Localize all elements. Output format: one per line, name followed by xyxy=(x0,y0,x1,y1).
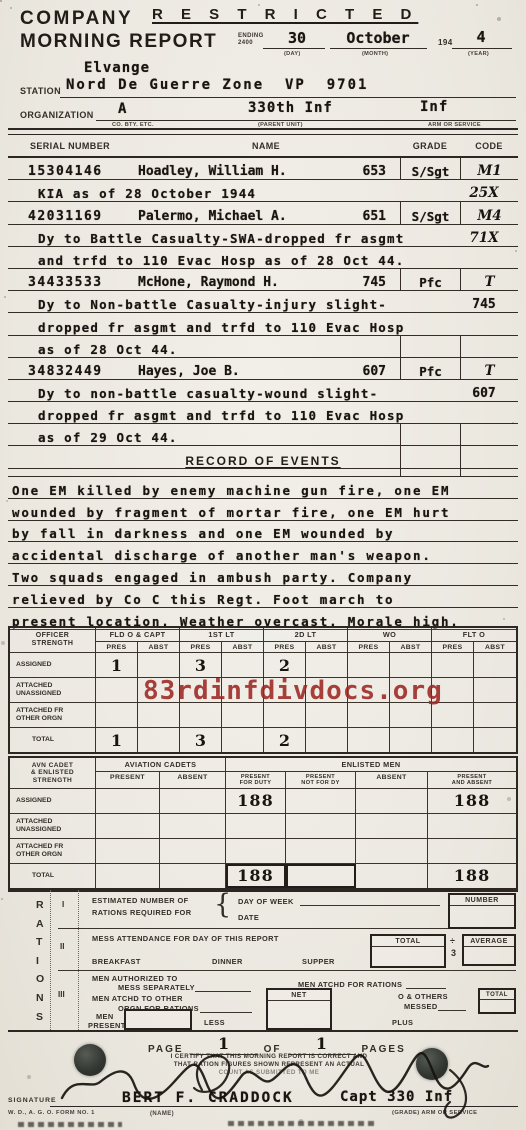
rations-rule xyxy=(58,970,516,971)
strength-value-cell xyxy=(474,678,516,702)
divisor-three: 3 xyxy=(451,948,456,958)
strength-row-label: ASSIGNED xyxy=(10,653,96,677)
strength-value-cell xyxy=(428,839,516,863)
roster-row: Dy to Battle Casualty-SWA-dropped fr asg… xyxy=(8,225,518,247)
header-divider xyxy=(8,128,518,135)
event-text: One EM killed by enemy machine gun fire,… xyxy=(8,483,450,498)
strength-value-cell xyxy=(96,814,160,838)
roster-row: and trfd to 110 Evac Hosp as of 28 Oct 4… xyxy=(8,247,518,269)
serial-number: 34433533 xyxy=(8,275,132,290)
men-authorized-label: MEN AUTHORIZED TO xyxy=(92,974,178,983)
roster-row: 42031169 Palermo, Michael A.651 S/Sgt M4 xyxy=(8,202,518,224)
strength-row-label: ATTACHED FR OTHER ORGN xyxy=(10,703,96,727)
plus-label: PLUS xyxy=(392,1018,413,1027)
soldier-name: Hoadley, William H. xyxy=(138,164,287,179)
strength-value-cell xyxy=(306,653,348,677)
strength-row-label: ASSIGNED xyxy=(10,789,96,813)
strength-value: 2 xyxy=(279,656,290,675)
strength-value-cell xyxy=(306,728,348,752)
strength-row-label: ATTACHED FR OTHER ORGN xyxy=(10,839,96,863)
strength-value-cell xyxy=(138,703,180,727)
year-underline xyxy=(452,48,512,49)
officer-strength-title: OFFICER STRENGTH xyxy=(10,628,96,652)
group-fldo-capt: FLD O & CAPT xyxy=(96,628,180,641)
station-underline xyxy=(60,97,516,98)
brace-glyph: { xyxy=(214,889,231,920)
group-1st-lt: 1ST LT xyxy=(180,628,264,641)
strength-value-cell xyxy=(356,839,428,863)
remark-text: as of 29 Oct 44. xyxy=(8,430,450,445)
total-box-label: TOTAL xyxy=(372,936,444,947)
strength-value-cell xyxy=(356,814,428,838)
strength-value-cell: 1 xyxy=(96,728,138,752)
strength-value-cell xyxy=(390,703,432,727)
form-title-company: COMPANY xyxy=(20,8,133,30)
code-value: 607 xyxy=(450,386,518,401)
code-value: T xyxy=(460,358,518,379)
strength-value-cell xyxy=(226,814,286,838)
strength-value-cell xyxy=(390,728,432,752)
strength-value-cell xyxy=(180,703,222,727)
event-text: wounded by fragment of mortar fire, one … xyxy=(8,505,450,520)
report-year: 4 xyxy=(455,28,507,46)
roster-row: dropped fr asgmt and trfd to 110 Evac Ho… xyxy=(8,402,518,424)
serial-number: 15304146 xyxy=(8,164,132,179)
group-aviation-cadets: AVIATION CADETS xyxy=(96,758,226,771)
remark-text: KIA as of 28 October 1944 xyxy=(8,186,450,201)
roster-row: as of 29 Oct 44. xyxy=(8,424,518,446)
roster-row: as of 28 Oct 44. xyxy=(8,336,518,358)
strength-value-cell: 188 xyxy=(428,864,516,888)
event-text: relieved by Co C this Regt. Foot march t… xyxy=(8,592,394,607)
roster-row: Dy to Non-battle Casualty-injury slight-… xyxy=(8,291,518,313)
enlisted-strength-table: AVN CADET & ENLISTED STRENGTH AVIATION C… xyxy=(8,756,518,890)
roster-header-row: SERIAL NUMBER NAME GRADE CODE xyxy=(8,135,518,158)
strength-value-cell xyxy=(474,653,516,677)
day-underline xyxy=(263,48,325,49)
strength-value-cell xyxy=(474,703,516,727)
enlisted-strength-title: AVN CADET & ENLISTED STRENGTH xyxy=(10,758,96,788)
roster-row: 34433533 McHone, Raymond H.745 Pfc T xyxy=(8,269,518,291)
strength-value-cell xyxy=(348,653,390,677)
messed-label: MESSED xyxy=(404,1002,438,1011)
serial-number: 42031169 xyxy=(8,209,132,224)
organization-arm: Inf xyxy=(420,99,448,115)
remark-text: dropped fr asgmt and trfd to 110 Evac Ho… xyxy=(8,320,450,335)
event-line: One EM killed by enemy machine gun fire,… xyxy=(8,477,518,499)
strength-value-cell xyxy=(432,653,474,677)
strength-value-cell: 1 xyxy=(96,653,138,677)
event-line: by fall in darkness and one EM wounded b… xyxy=(8,521,518,543)
roster-row: dropped fr asgmt and trfd to 110 Evac Ho… xyxy=(8,313,518,335)
dinner-label: DINNER xyxy=(212,957,243,966)
event-line: accidental discharge of another man's we… xyxy=(8,542,518,564)
pres-label: PRES xyxy=(96,642,138,652)
strength-value-cell xyxy=(356,789,428,813)
roster-row: Dy to non-battle casualty-wound slight- … xyxy=(8,380,518,402)
year-sublabel: (YEAR) xyxy=(468,51,489,57)
number-box-label: NUMBER xyxy=(450,895,514,906)
mos-number: 651 xyxy=(363,209,386,224)
serial-number: 34832449 xyxy=(8,364,132,379)
strength-value-cell xyxy=(138,653,180,677)
roster-row: KIA as of 28 October 1944 25X xyxy=(8,180,518,202)
present-and-absent-label: PRESENT AND ABSENT xyxy=(428,772,516,788)
group-enlisted-men: ENLISTED MEN xyxy=(226,758,516,771)
mess-total-box: TOTAL xyxy=(370,934,446,968)
remark-text: and trfd to 110 Evac Hosp as of 28 Oct 4… xyxy=(8,253,450,268)
cadets-absent-label: ABSENT xyxy=(160,772,226,788)
strength-value-cell xyxy=(286,839,356,863)
abst-label: ABST xyxy=(474,642,516,652)
code-value: M4 xyxy=(460,202,518,223)
divide-sign: ÷ xyxy=(450,936,455,946)
strength-value-cell: 3 xyxy=(180,653,222,677)
average-box: AVERAGE xyxy=(462,934,516,966)
record-of-events-section: RECORD OF EVENTS One EM killed by enemy … xyxy=(8,452,518,630)
men-atchd-blank xyxy=(406,980,446,989)
present-for-duty-label: PRESENT FOR DUTY xyxy=(226,772,286,788)
code-value: M1 xyxy=(460,158,518,179)
report-day: 30 xyxy=(268,29,326,47)
pres-label: PRES xyxy=(348,642,390,652)
roster-row: 34832449 Hayes, Joe B.607 Pfc T xyxy=(8,358,518,380)
organization-underline xyxy=(96,120,516,121)
strength-row-label: TOTAL xyxy=(10,864,96,888)
code-value: 745 xyxy=(450,297,518,312)
group-wo: WO xyxy=(348,628,432,641)
pres-label: PRES xyxy=(264,642,306,652)
event-text: accidental discharge of another man's we… xyxy=(8,548,432,563)
signature-label: SIGNATURE xyxy=(8,1097,57,1104)
men-present-box xyxy=(124,1009,192,1030)
organization-parent-unit: 330th Inf xyxy=(248,100,333,116)
strength-row: ATTACHED FR OTHER ORGN xyxy=(10,703,516,728)
section-iii-numeral: III xyxy=(58,990,65,999)
strength-value-cell xyxy=(432,703,474,727)
estimated-rations-line2: RATIONS REQUIRED FOR xyxy=(92,908,191,917)
strength-value-cell xyxy=(432,728,474,752)
remark-text: as of 28 Oct 44. xyxy=(8,342,450,357)
section-ii-numeral: II xyxy=(60,942,64,951)
strength-value-cell xyxy=(390,653,432,677)
present-not-for-duty-label: PRESENT NOT FOR DY xyxy=(286,772,356,788)
strength-value-cell xyxy=(348,703,390,727)
strength-value-cell xyxy=(96,839,160,863)
net-box: NET xyxy=(266,988,332,1030)
group-flt-o: FLT O xyxy=(432,628,516,641)
year-prefix: 194 xyxy=(438,38,453,47)
strength-value: 1 xyxy=(111,656,122,675)
ending-2400-label: ENDING 2400 xyxy=(238,33,264,47)
record-of-events-title: RECORD OF EVENTS xyxy=(185,454,340,468)
cadets-present-label: PRESENT xyxy=(96,772,160,788)
strength-row: TOTAL132 xyxy=(10,728,516,752)
strength-value-cell xyxy=(286,864,356,888)
strength-row: ASSIGNED132 xyxy=(10,653,516,678)
present-label: PRESENT xyxy=(88,1021,126,1030)
officer-strength-header: OFFICER STRENGTH FLD O & CAPT 1ST LT 2D … xyxy=(10,628,516,653)
remark-text: dropped fr asgmt and trfd to 110 Evac Ho… xyxy=(8,408,450,423)
strength-value-cell xyxy=(222,703,264,727)
orgn-for-rations-blank xyxy=(200,1004,252,1013)
strength-value-cell xyxy=(356,864,428,888)
grade-value: S/Sgt xyxy=(400,202,460,223)
station-label: STATION xyxy=(20,86,61,96)
strength-value-cell xyxy=(474,728,516,752)
strength-value-cell xyxy=(222,653,264,677)
roster-row: 15304146 Hoadley, William H.653 S/Sgt M1 xyxy=(8,158,518,180)
event-text: by fall in darkness and one EM wounded b… xyxy=(8,526,394,541)
strength-row-label: ATTACHED UNASSIGNED xyxy=(10,814,96,838)
absent-label: ABSENT xyxy=(356,772,428,788)
report-month: October xyxy=(330,29,426,47)
strength-value-cell xyxy=(226,839,286,863)
group-2d-lt: 2D LT xyxy=(264,628,348,641)
enlisted-subheader: PRESENT ABSENT PRESENT FOR DUTY PRESENT … xyxy=(96,772,516,788)
strength-value-cell xyxy=(286,789,356,813)
event-line: wounded by fragment of mortar fire, one … xyxy=(8,499,518,521)
strength-value-cell xyxy=(264,703,306,727)
form-title-morning-report: MORNING REPORT xyxy=(20,31,217,53)
pres-label: PRES xyxy=(180,642,222,652)
number-box: NUMBER xyxy=(448,893,516,929)
strength-value-cell xyxy=(160,839,226,863)
strength-value-cell xyxy=(306,703,348,727)
strength-row: ATTACHED UNASSIGNED xyxy=(10,814,516,839)
strength-value-cell xyxy=(160,814,226,838)
strength-value-cell xyxy=(138,728,180,752)
code-value: 71X xyxy=(450,230,518,246)
average-box-label: AVERAGE xyxy=(464,936,514,947)
men-atchd-other-label: MEN ATCHD TO OTHER xyxy=(92,994,183,1003)
strength-row-label: ATTACHED UNASSIGNED xyxy=(10,678,96,702)
station-town: Elvange xyxy=(84,60,150,76)
month-underline xyxy=(330,48,427,49)
abst-label: ABST xyxy=(390,642,432,652)
messed-blank xyxy=(438,1002,466,1011)
strength-value: 3 xyxy=(195,656,206,675)
remark-text: Dy to non-battle casualty-wound slight- xyxy=(8,386,450,401)
section-i-numeral: I xyxy=(62,900,64,909)
strength-value: 2 xyxy=(279,731,290,750)
strength-value-cell xyxy=(96,678,138,702)
less-label: LESS xyxy=(204,1018,225,1027)
pres-label: PRES xyxy=(432,642,474,652)
abst-label: ABST xyxy=(222,642,264,652)
rations-divider xyxy=(50,890,51,1030)
rations-total-box: TOTAL xyxy=(478,988,516,1014)
station-grid-zone: Nord De Guerre Zone VP 9701 xyxy=(66,77,368,93)
record-of-events-heading-row: RECORD OF EVENTS xyxy=(8,452,518,477)
col-grade: GRADE xyxy=(400,141,460,151)
event-line: relieved by Co C this Regt. Foot march t… xyxy=(8,586,518,608)
strength-value: 188 xyxy=(237,866,273,885)
remark-text: Dy to Non-battle Casualty-injury slight- xyxy=(8,297,450,312)
strength-value-cell xyxy=(428,814,516,838)
grade-value: Pfc xyxy=(400,269,460,290)
net-box-label: NET xyxy=(268,990,330,1001)
soldier-name: McHone, Raymond H. xyxy=(138,275,279,290)
strength-value-cell xyxy=(96,789,160,813)
strength-value-cell xyxy=(160,864,226,888)
remark-text: Dy to Battle Casualty-SWA-dropped fr asg… xyxy=(8,231,450,246)
date-label: DATE xyxy=(238,913,259,922)
col-code: CODE xyxy=(460,141,518,151)
strength-value-cell xyxy=(96,703,138,727)
strength-value-cell: 3 xyxy=(180,728,222,752)
personnel-roster-table: SERIAL NUMBER NAME GRADE CODE 15304146 H… xyxy=(8,135,518,469)
col-serial-number: SERIAL NUMBER xyxy=(8,141,132,151)
strength-row: ASSIGNED188188 xyxy=(10,789,516,814)
organization-label: ORGANIZATION xyxy=(20,110,94,120)
pres-abst-subheader: PRES ABST PRES ABST PRES ABST PRES ABST … xyxy=(96,642,516,652)
rations-vertical-label: R A T I O N S xyxy=(36,896,44,1026)
strength-value-cell xyxy=(96,864,160,888)
enlisted-strength-header: AVN CADET & ENLISTED STRENGTH AVIATION C… xyxy=(10,758,516,789)
strength-value: 3 xyxy=(195,731,206,750)
strength-value: 188 xyxy=(454,791,490,810)
strength-row: TOTAL188188 xyxy=(10,864,516,888)
strength-value-cell: 2 xyxy=(264,728,306,752)
soldier-name: Palermo, Michael A. xyxy=(138,209,287,224)
day-sublabel: (DAY) xyxy=(284,51,301,57)
mess-attendance-label: MESS ATTENDANCE FOR DAY OF THIS REPORT xyxy=(92,934,279,943)
mos-number: 745 xyxy=(363,275,386,290)
event-text: Two squads engaged in ambush party. Comp… xyxy=(8,570,413,585)
strength-value: 1 xyxy=(111,731,122,750)
code-value: 25X xyxy=(450,185,518,201)
strength-value-cell xyxy=(160,789,226,813)
cutoff-fine-print xyxy=(18,1122,122,1127)
strength-value-cell: 2 xyxy=(264,653,306,677)
mess-separately-label: MESS SEPARATELY xyxy=(118,983,195,992)
strength-value-cell: 188 xyxy=(226,789,286,813)
men-label: MEN xyxy=(96,1012,114,1021)
strength-value-cell xyxy=(348,728,390,752)
day-of-week-label: DAY OF WEEK xyxy=(238,897,294,906)
mos-number: 607 xyxy=(363,364,386,379)
o-and-others-label: O & OTHERS xyxy=(398,992,448,1001)
strength-value-cell: 188 xyxy=(226,864,286,888)
rations-total-label: TOTAL xyxy=(480,990,514,1000)
abst-label: ABST xyxy=(138,642,180,652)
strength-value-cell xyxy=(286,814,356,838)
day-of-week-blank xyxy=(300,897,440,906)
strength-row-label: TOTAL xyxy=(10,728,96,752)
col-name: NAME xyxy=(132,141,400,151)
estimated-rations-line1: ESTIMATED NUMBER OF xyxy=(92,896,189,905)
morning-report-scan: COMPANY R E S T R I C T E D MORNING REPO… xyxy=(0,0,526,1130)
supper-label: SUPPER xyxy=(302,957,335,966)
breakfast-label: BREAKFAST xyxy=(92,957,141,966)
grade-value: Pfc xyxy=(400,358,460,379)
abst-label: ABST xyxy=(306,642,348,652)
month-sublabel: (MONTH) xyxy=(362,51,388,57)
soldier-name: Hayes, Joe B. xyxy=(138,364,240,379)
strength-value-cell: 188 xyxy=(428,789,516,813)
event-line: Two squads engaged in ambush party. Comp… xyxy=(8,564,518,586)
grade-value: S/Sgt xyxy=(400,158,460,179)
strength-value: 188 xyxy=(454,866,490,885)
mess-separately-blank xyxy=(195,983,251,992)
mos-number: 653 xyxy=(363,164,386,179)
code-value: T xyxy=(460,269,518,290)
handwritten-signature xyxy=(52,1040,508,1122)
organization-company: A xyxy=(118,101,126,117)
archive-watermark: 83rdinfdivdocs.org xyxy=(143,676,443,706)
strength-row: ATTACHED FR OTHER ORGN xyxy=(10,839,516,864)
strength-value-cell xyxy=(222,728,264,752)
strength-value: 188 xyxy=(237,791,273,810)
rations-divider xyxy=(78,890,79,1030)
restricted-stamp: R E S T R I C T E D xyxy=(152,6,418,23)
